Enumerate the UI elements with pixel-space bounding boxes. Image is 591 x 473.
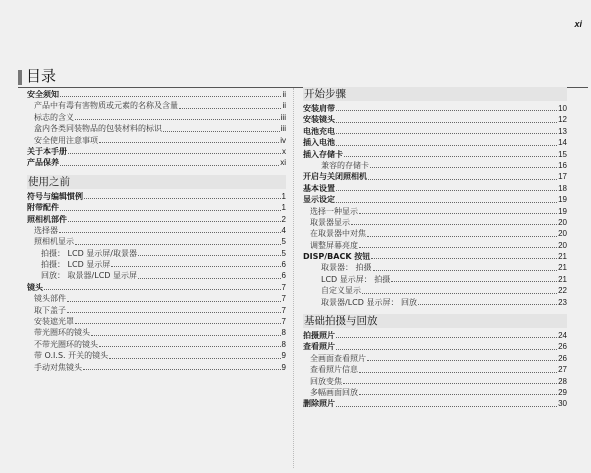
toc-entry[interactable]: 镜头部件7 bbox=[27, 293, 286, 304]
toc-entry-label: 符号与编辑惯例 bbox=[27, 191, 83, 202]
toc-entry[interactable]: 全画面查看照片26 bbox=[303, 353, 567, 364]
toc-entry-page: 19 bbox=[558, 194, 567, 205]
toc-entry[interactable]: 取下盖子7 bbox=[27, 305, 286, 316]
toc-entry-label: 全画面查看照片 bbox=[310, 353, 366, 364]
dot-leader bbox=[391, 281, 557, 282]
toc-entry-label: 附带配件 bbox=[27, 202, 59, 213]
toc-entry-label: 回放变焦 bbox=[310, 376, 342, 387]
toc-entry[interactable]: 手动对焦镜头9 bbox=[27, 362, 286, 373]
toc-entry-page: 17 bbox=[558, 171, 567, 182]
toc-entry[interactable]: 照相机部件2 bbox=[27, 214, 286, 225]
toc-entry-page: 7 bbox=[282, 316, 286, 327]
toc-entry-label: 回放： 取景器/LCD 显示屏 bbox=[41, 270, 137, 281]
toc-title-bar: 目录 bbox=[18, 68, 588, 88]
toc-entry[interactable]: 兼容的存储卡16 bbox=[303, 160, 567, 171]
toc-entry[interactable]: 取景器显示20 bbox=[303, 217, 567, 228]
dot-leader bbox=[359, 213, 557, 214]
toc-entry-label: 拍摄： LCD 显示屏 bbox=[41, 259, 110, 270]
toc-entry[interactable]: 标志的含义iii bbox=[27, 112, 286, 123]
toc-entry-page: 5 bbox=[282, 236, 286, 247]
toc-entry-page: 1 bbox=[282, 202, 286, 213]
dot-leader bbox=[336, 190, 557, 191]
dot-leader bbox=[336, 110, 557, 111]
toc-entry[interactable]: 产品保养xi bbox=[27, 157, 286, 168]
dot-leader bbox=[99, 346, 281, 347]
toc-entry-page: 29 bbox=[558, 387, 567, 398]
toc-entry-label: 产品中有毒有害物质或元素的名称及含量 bbox=[34, 100, 178, 111]
dot-leader bbox=[75, 119, 280, 120]
toc-entry-page: iv bbox=[280, 135, 286, 146]
toc-entry[interactable]: 自定义显示22 bbox=[303, 285, 567, 296]
dot-leader bbox=[336, 202, 557, 203]
toc-entry-page: 20 bbox=[558, 228, 567, 239]
toc-entry-label: 在取景器中对焦 bbox=[310, 228, 366, 239]
toc-entry-label: 安装遮光罩 bbox=[34, 316, 74, 327]
toc-entry-label: 拍摄照片 bbox=[303, 330, 335, 341]
toc-entry-label: 盒内各类同装物品的包装材料的标识 bbox=[34, 123, 162, 134]
toc-entry-page: iii bbox=[281, 123, 286, 134]
toc-entry-page: 22 bbox=[558, 285, 567, 296]
toc-entry-label: 安全须知 bbox=[27, 89, 59, 100]
toc-entry[interactable]: 安全使用注意事项iv bbox=[27, 135, 286, 146]
dot-leader bbox=[67, 301, 281, 302]
dot-leader bbox=[336, 406, 557, 407]
toc-entry-label: 取景器/LCD 显示屏： 回放 bbox=[321, 297, 417, 308]
toc-entry-page: 19 bbox=[558, 206, 567, 217]
dot-leader bbox=[138, 255, 281, 256]
toc-entry-label: 自定义显示 bbox=[321, 285, 361, 296]
toc-entry[interactable]: 带光圈环的镜头8 bbox=[27, 327, 286, 338]
toc-entry-page: 20 bbox=[558, 217, 567, 228]
toc-entry[interactable]: 符号与编辑惯例1 bbox=[27, 191, 286, 202]
toc-entry[interactable]: 显示设定19 bbox=[303, 194, 567, 205]
dot-leader bbox=[336, 133, 557, 134]
toc-entry-page: 13 bbox=[558, 126, 567, 137]
toc-entry[interactable]: 基本设置18 bbox=[303, 183, 567, 194]
dot-leader bbox=[336, 145, 557, 146]
toc-entry-label: 选择一种显示 bbox=[310, 206, 358, 217]
dot-leader bbox=[111, 266, 280, 267]
dot-leader bbox=[83, 369, 281, 370]
toc-entry-label: 不带光圈环的镜头 bbox=[34, 339, 98, 350]
toc-entry-label: 查看照片 bbox=[303, 341, 335, 352]
toc-entry-page: 26 bbox=[558, 353, 567, 364]
toc-entry[interactable]: 插入电池14 bbox=[303, 137, 567, 148]
toc-entry-page: 26 bbox=[558, 341, 567, 352]
dot-leader bbox=[359, 372, 557, 373]
dot-leader bbox=[359, 247, 557, 248]
toc-entry-page: 24 bbox=[558, 330, 567, 341]
toc-entry[interactable]: 拍摄照片24 bbox=[303, 330, 567, 341]
toc-entry-label: 多幅画面回放 bbox=[310, 387, 358, 398]
toc-entry[interactable]: 调整屏幕亮度20 bbox=[303, 240, 567, 251]
toc-entry-page: 14 bbox=[558, 137, 567, 148]
toc-section-heading: 基础拍摄与回放 bbox=[303, 314, 567, 328]
dot-leader bbox=[91, 335, 281, 336]
toc-entry-page: 28 bbox=[558, 376, 567, 387]
toc-entry-page: 10 bbox=[558, 103, 567, 114]
toc-entry-label: 调整屏幕亮度 bbox=[310, 240, 358, 251]
toc-entry-page: 1 bbox=[282, 191, 286, 202]
dot-leader bbox=[75, 244, 281, 245]
toc-entry[interactable]: 开启与关闭照相机17 bbox=[303, 171, 567, 182]
dot-leader bbox=[99, 142, 279, 143]
toc-entry[interactable]: 删除照片30 bbox=[303, 398, 567, 409]
dot-leader bbox=[367, 236, 557, 237]
toc-entry-label: 取下盖子 bbox=[34, 305, 66, 316]
dot-leader bbox=[371, 258, 557, 259]
toc-entry-label: 安全使用注意事项 bbox=[34, 135, 98, 146]
dot-leader bbox=[344, 156, 557, 157]
toc-entry-label: 显示设定 bbox=[303, 194, 335, 205]
toc-entry-label: 手动对焦镜头 bbox=[34, 362, 82, 373]
dot-leader bbox=[60, 165, 279, 166]
dot-leader bbox=[336, 122, 557, 123]
toc-entry-label: 带光圈环的镜头 bbox=[34, 327, 90, 338]
toc-entry-page: 21 bbox=[558, 274, 567, 285]
dot-leader bbox=[59, 232, 281, 233]
toc-right-column: 开始步骤安装肩带10安装镜头12电池充电13插入电池14插入存储卡15兼容的存储… bbox=[303, 87, 567, 410]
toc-entry-page: 30 bbox=[558, 398, 567, 409]
toc-entry-page: 8 bbox=[282, 339, 286, 350]
page-number: xi bbox=[574, 19, 582, 29]
toc-entry-page: 21 bbox=[558, 251, 567, 262]
toc-entry-label: 插入电池 bbox=[303, 137, 335, 148]
dot-leader bbox=[109, 358, 280, 359]
toc-entry[interactable]: 拍摄： LCD 显示屏/取景器5 bbox=[27, 248, 286, 259]
toc-entry-label: 照相机显示 bbox=[34, 236, 74, 247]
toc-entry[interactable]: 带 O.I.S. 开关的镜头9 bbox=[27, 350, 286, 361]
toc-entry-page: 20 bbox=[558, 240, 567, 251]
dot-leader bbox=[75, 323, 281, 324]
dot-leader bbox=[60, 210, 281, 211]
toc-section-heading: 开始步骤 bbox=[303, 87, 567, 101]
toc-entry[interactable]: 查看照片26 bbox=[303, 341, 567, 352]
toc-entry[interactable]: 不带光圈环的镜头8 bbox=[27, 339, 286, 350]
toc-entry-label: 关于本手册 bbox=[27, 146, 67, 157]
page-title: 目录 bbox=[26, 68, 56, 85]
toc-entry-page: 7 bbox=[282, 293, 286, 304]
dot-leader bbox=[44, 289, 281, 290]
toc-section-heading: 使用之前 bbox=[27, 175, 286, 189]
toc-entry[interactable]: 照相机显示5 bbox=[27, 236, 286, 247]
toc-entry[interactable]: 回放变焦28 bbox=[303, 376, 567, 387]
dot-leader bbox=[362, 293, 557, 294]
dot-leader bbox=[368, 179, 557, 180]
dot-leader bbox=[163, 131, 280, 132]
dot-leader bbox=[418, 304, 557, 305]
toc-entry-label: 产品保养 bbox=[27, 157, 59, 168]
toc-entry-label: 插入存储卡 bbox=[303, 149, 343, 160]
toc-entry-label: 取景器： 拍摄 bbox=[321, 262, 372, 273]
toc-entry[interactable]: 安装遮光罩7 bbox=[27, 316, 286, 327]
toc-entry-page: 9 bbox=[282, 350, 286, 361]
dot-leader bbox=[336, 349, 557, 350]
dot-leader bbox=[179, 108, 281, 109]
toc-entry-label: 镜头 bbox=[27, 282, 43, 293]
toc-entry[interactable]: 安装肩带10 bbox=[303, 103, 567, 114]
column-divider bbox=[293, 88, 294, 468]
toc-entry-label: 标志的含义 bbox=[34, 112, 74, 123]
dot-leader bbox=[67, 312, 281, 313]
dot-leader bbox=[367, 360, 557, 361]
dot-leader bbox=[370, 167, 557, 168]
toc-entry[interactable]: LCD 显示屏： 拍摄21 bbox=[303, 274, 567, 285]
toc-entry[interactable]: 选择一种显示19 bbox=[303, 206, 567, 217]
toc-entry-page: ii bbox=[282, 89, 286, 100]
toc-entry-page: 9 bbox=[282, 362, 286, 373]
toc-entry-page: 18 bbox=[558, 183, 567, 194]
dot-leader bbox=[138, 278, 281, 279]
toc-entry-page: 21 bbox=[558, 262, 567, 273]
toc-entry-page: 5 bbox=[282, 248, 286, 259]
toc-entry[interactable]: 在取景器中对焦20 bbox=[303, 228, 567, 239]
toc-entry-label: 选择器 bbox=[34, 225, 58, 236]
toc-entry-label: 开启与关闭照相机 bbox=[303, 171, 367, 182]
toc-entry-page: ii bbox=[282, 100, 286, 111]
dot-leader bbox=[68, 221, 281, 222]
toc-entry-label: 安装肩带 bbox=[303, 103, 335, 114]
toc-entry[interactable]: 电池充电13 bbox=[303, 126, 567, 137]
toc-entry[interactable]: 产品中有毒有害物质或元素的名称及含量ii bbox=[27, 100, 286, 111]
toc-entry-label: 基本设置 bbox=[303, 183, 335, 194]
toc-entry-page: 8 bbox=[282, 327, 286, 338]
toc-entry[interactable]: DISP/BACK 按钮21 bbox=[303, 251, 567, 262]
toc-entry-page: xi bbox=[280, 157, 286, 168]
toc-entry-label: 照相机部件 bbox=[27, 214, 67, 225]
toc-entry[interactable]: 盒内各类同装物品的包装材料的标识iii bbox=[27, 123, 286, 134]
toc-entry[interactable]: 附带配件1 bbox=[27, 202, 286, 213]
toc-entry-label: 兼容的存储卡 bbox=[321, 160, 369, 171]
dot-leader bbox=[359, 394, 557, 395]
toc-entry-page: 7 bbox=[282, 305, 286, 316]
toc-entry[interactable]: 镜头7 bbox=[27, 282, 286, 293]
toc-entry-page: 6 bbox=[282, 270, 286, 281]
toc-entry-page: 6 bbox=[282, 259, 286, 270]
toc-entry[interactable]: 取景器/LCD 显示屏： 回放23 bbox=[303, 297, 567, 308]
toc-entry-label: 拍摄： LCD 显示屏/取景器 bbox=[41, 248, 137, 259]
toc-entry-label: 安装镜头 bbox=[303, 114, 335, 125]
toc-entry-label: 取景器显示 bbox=[310, 217, 350, 228]
dot-leader bbox=[336, 337, 557, 338]
toc-entry[interactable]: 安装镜头12 bbox=[303, 114, 567, 125]
toc-entry-page: x bbox=[282, 146, 286, 157]
toc-entry-label: 删除照片 bbox=[303, 398, 335, 409]
dot-leader bbox=[68, 153, 281, 154]
dot-leader bbox=[373, 270, 558, 271]
toc-entry[interactable]: 多幅画面回放29 bbox=[303, 387, 567, 398]
toc-entry-label: 镜头部件 bbox=[34, 293, 66, 304]
toc-left-column: 安全须知ii产品中有毒有害物质或元素的名称及含量ii标志的含义iii盒内各类同装… bbox=[27, 89, 286, 373]
toc-entry-page: 12 bbox=[558, 114, 567, 125]
toc-entry-page: iii bbox=[281, 112, 286, 123]
toc-entry[interactable]: 插入存储卡15 bbox=[303, 149, 567, 160]
toc-entry[interactable]: 回放： 取景器/LCD 显示屏6 bbox=[27, 270, 286, 281]
toc-entry[interactable]: 选择器4 bbox=[27, 225, 286, 236]
dot-leader bbox=[351, 224, 557, 225]
toc-entry-page: 4 bbox=[282, 225, 286, 236]
dot-leader bbox=[343, 383, 557, 384]
toc-entry-page: 2 bbox=[282, 214, 286, 225]
toc-entry-label: 带 O.I.S. 开关的镜头 bbox=[34, 350, 108, 361]
toc-entry-page: 15 bbox=[558, 149, 567, 160]
toc-entry-page: 27 bbox=[558, 364, 567, 375]
toc-entry[interactable]: 查看照片信息27 bbox=[303, 364, 567, 375]
dot-leader bbox=[60, 96, 281, 97]
toc-entry-label: LCD 显示屏： 拍摄 bbox=[321, 274, 390, 285]
dot-leader bbox=[84, 198, 281, 199]
toc-entry-label: 查看照片信息 bbox=[310, 364, 358, 375]
toc-entry[interactable]: 取景器： 拍摄21 bbox=[303, 262, 567, 273]
toc-entry-label: DISP/BACK 按钮 bbox=[303, 251, 370, 262]
title-accent-bar bbox=[18, 70, 22, 85]
toc-entry[interactable]: 拍摄： LCD 显示屏6 bbox=[27, 259, 286, 270]
toc-entry-page: 23 bbox=[558, 297, 567, 308]
toc-entry-page: 16 bbox=[558, 160, 567, 171]
toc-entry-page: 7 bbox=[282, 282, 286, 293]
toc-entry[interactable]: 关于本手册x bbox=[27, 146, 286, 157]
toc-entry[interactable]: 安全须知ii bbox=[27, 89, 286, 100]
toc-entry-label: 电池充电 bbox=[303, 126, 335, 137]
